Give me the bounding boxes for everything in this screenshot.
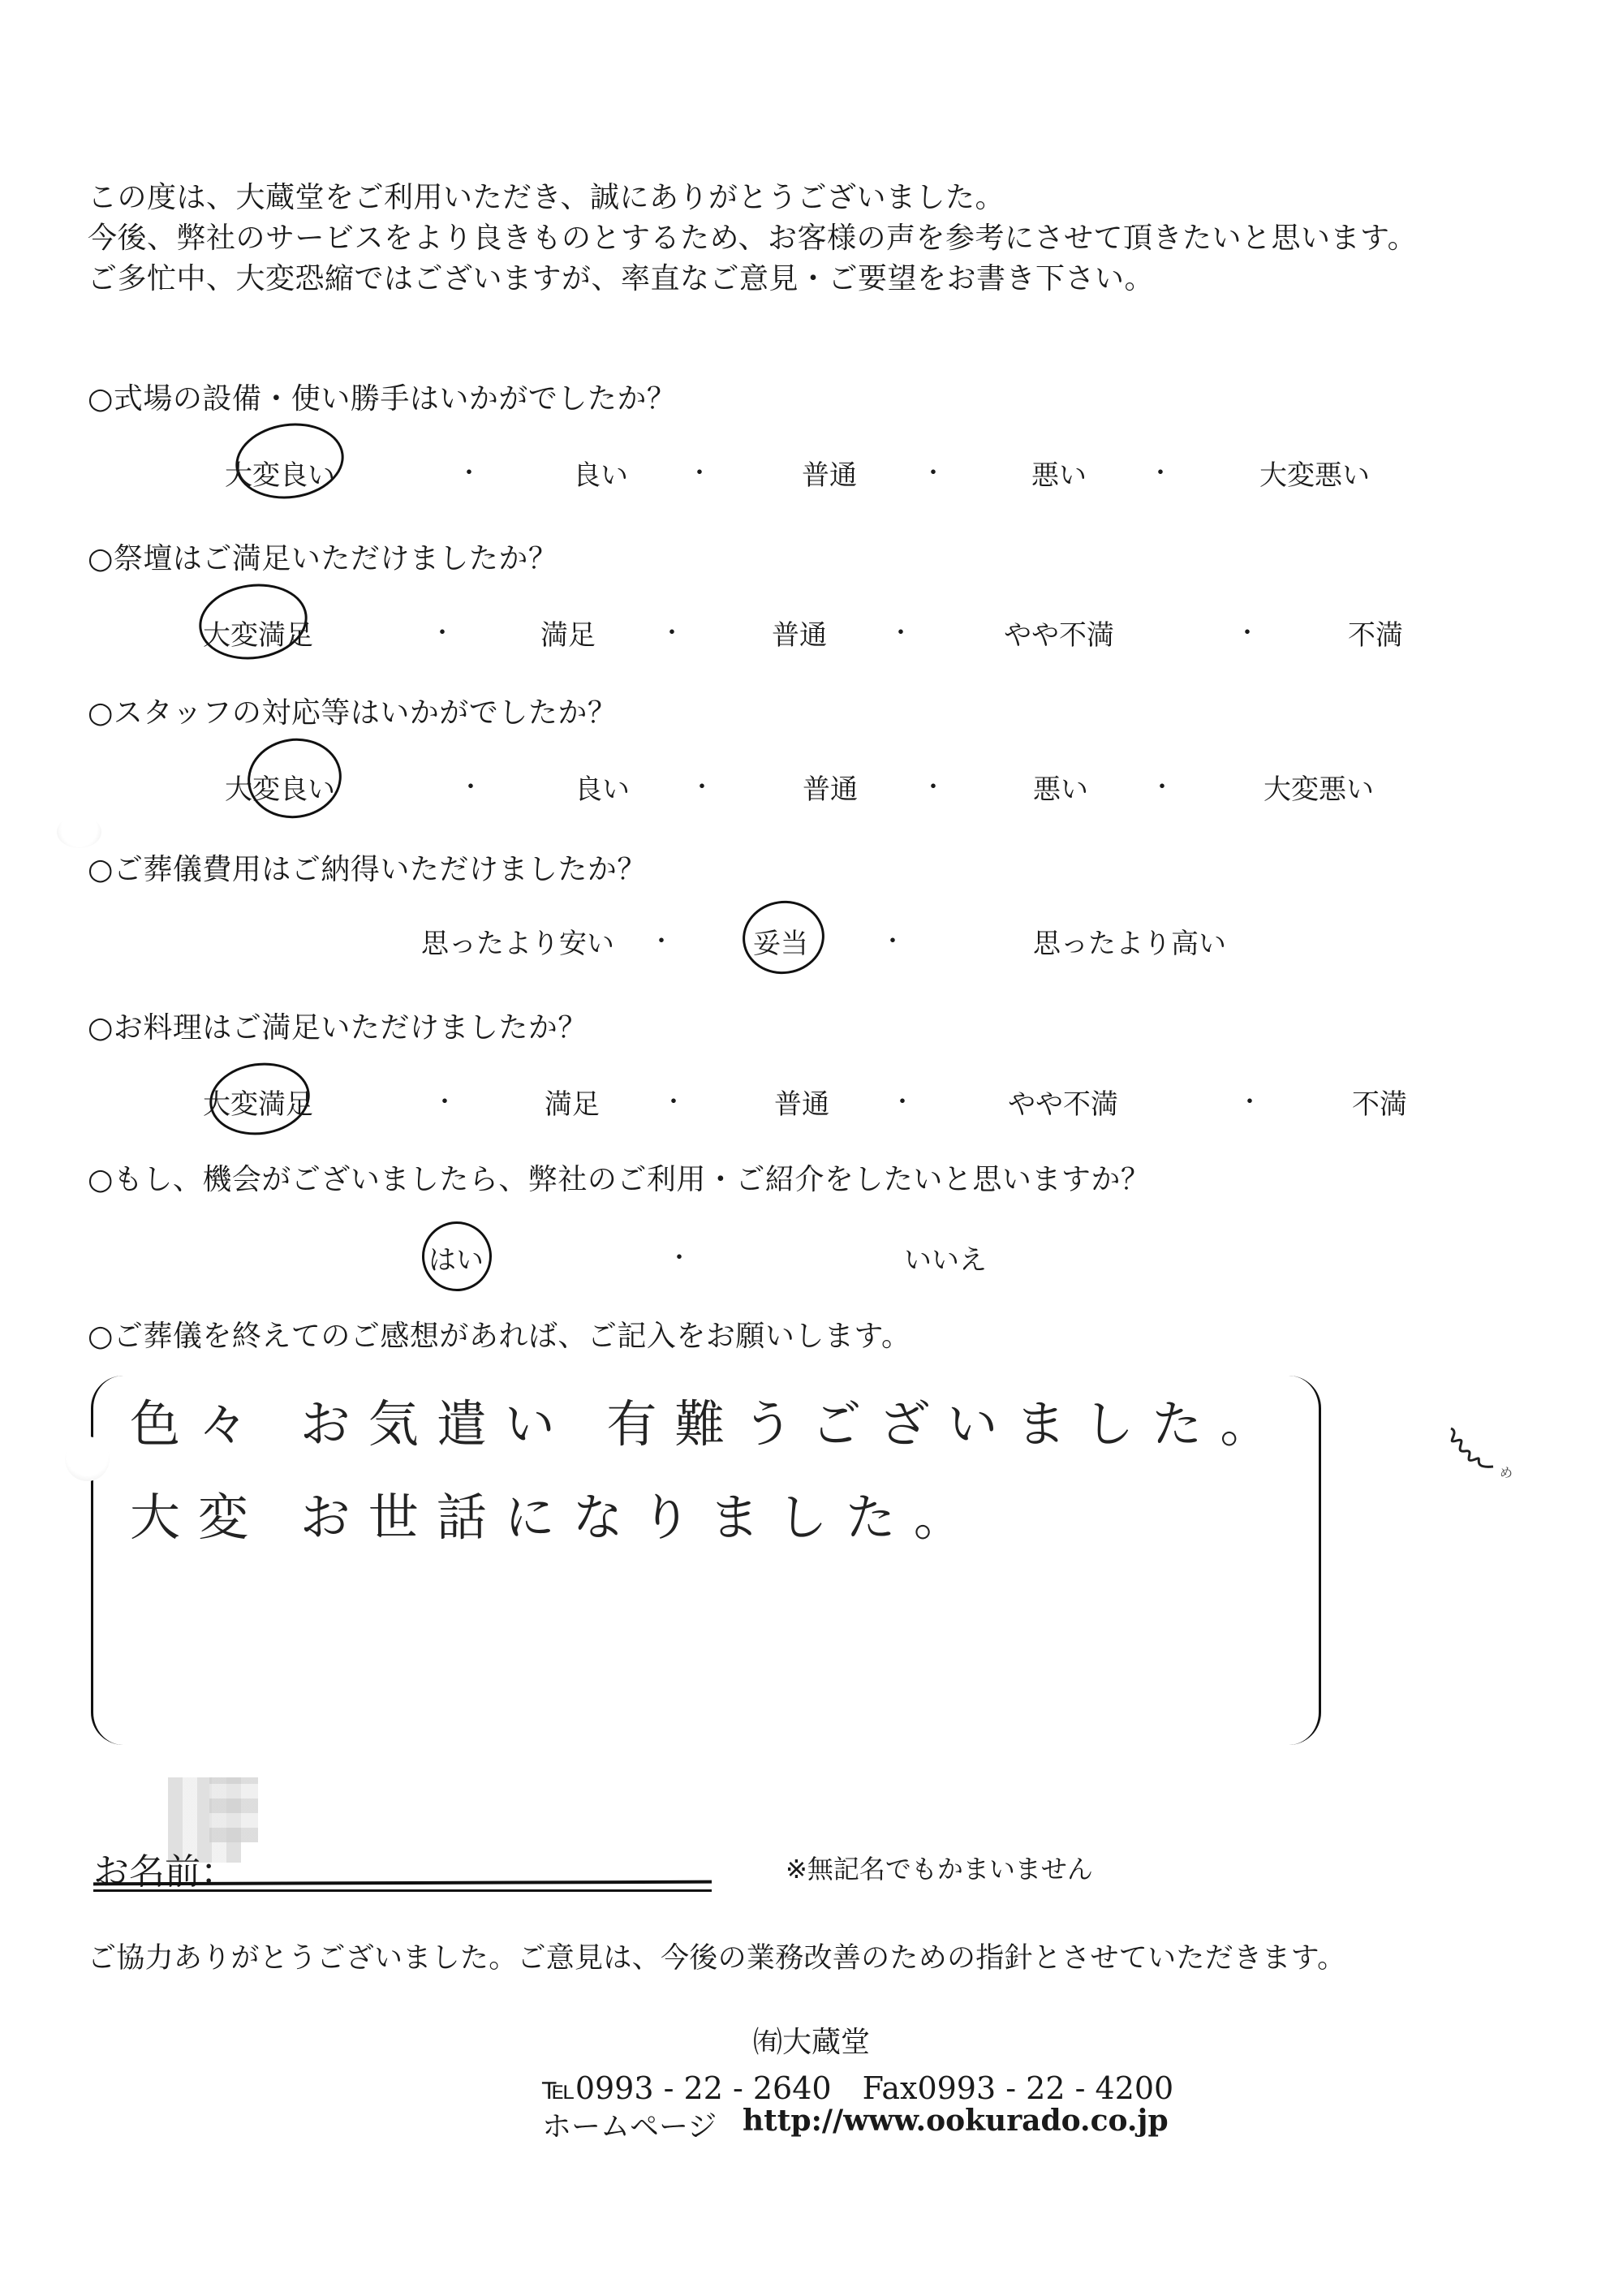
separator: ・ (667, 1238, 691, 1273)
option-no[interactable]: いいえ (904, 1238, 987, 1277)
separator: ・ (430, 613, 454, 648)
option-satisfied[interactable]: 満足 (540, 613, 596, 653)
option-normal[interactable]: 普通 (774, 1082, 829, 1122)
question-label: ○ご葬儀を終えてのご感想があれば、ご記入をお願いします。 (88, 1313, 911, 1355)
option-bad[interactable]: 悪い (1033, 767, 1088, 807)
separator: ・ (690, 767, 714, 803)
homepage-label: ホームページ (542, 2104, 717, 2145)
option-very-bad[interactable]: 大変悪い (1259, 453, 1370, 493)
svg-text:め: め (1500, 1465, 1513, 1480)
separator: ・ (660, 613, 684, 648)
separator: ・ (687, 453, 712, 489)
scan-artifact (65, 1437, 110, 1481)
question-label: ○ご葬儀費用はご納得いただけましたか？ (88, 846, 647, 888)
option-very-bad[interactable]: 大変悪い (1264, 767, 1374, 807)
question-label: ○お料理はご満足いただけましたか？ (88, 1005, 588, 1046)
option-more-expensive-than-expected[interactable]: 思ったより高い (1033, 921, 1226, 961)
separator: ・ (880, 921, 905, 957)
redacted-name-part (209, 1777, 258, 1842)
name-input-underline-2 (93, 1889, 712, 1892)
option-good[interactable]: 良い (575, 767, 630, 807)
separator: ・ (1148, 453, 1173, 489)
separator: ・ (458, 767, 483, 803)
company-contact: ℡0993 - 22 - 2640 Fax0993 - 22 - 4200 (542, 2063, 1173, 2108)
option-dissatisfied[interactable]: 不満 (1348, 613, 1403, 653)
question-label: ○スタッフの対応等はいかがでしたか？ (88, 690, 617, 731)
question-label: ○式場の設備・使い勝手はいかがでしたか？ (88, 376, 676, 417)
separator: ・ (889, 613, 913, 648)
separator: ・ (921, 767, 945, 803)
separator: ・ (890, 1082, 915, 1118)
option-bad[interactable]: 悪い (1031, 453, 1087, 493)
option-dissatisfied[interactable]: 不満 (1352, 1082, 1407, 1122)
question-label: ○もし、機会がございましたら、弊社のご利用・ご紹介をしたいと思いますか？ (88, 1157, 1150, 1198)
option-yes[interactable]: はい (428, 1238, 484, 1277)
anonymous-note: ※無記名でもかまいません (786, 1849, 1093, 1886)
company-name: ㈲大蔵堂 (753, 2019, 870, 2061)
handwritten-comment-line-2: 大変 お世話になりました。 (130, 1477, 982, 1549)
separator: ・ (1235, 613, 1259, 648)
separator: ・ (661, 1082, 686, 1118)
option-good[interactable]: 良い (573, 453, 628, 493)
option-reasonable[interactable]: 妥当 (753, 921, 808, 961)
option-very-good[interactable]: 大変良い (225, 453, 335, 493)
option-normal[interactable]: 普通 (772, 613, 827, 653)
intro-line-1: この度は、大蔵堂をご利用いただき、誠にありがとうございました。 (88, 174, 1005, 216)
option-satisfied[interactable]: 満足 (545, 1082, 600, 1122)
handwritten-scribble: め (1444, 1420, 1534, 1501)
intro-line-2: 今後、弊社のサービスをより良きものとするため、お客様の声を参考にさせて頂きたいと… (88, 215, 1417, 256)
intro-line-3: ご多忙中、大変恐縮ではございますが、率直なご意見・ご要望をお書き下さい。 (88, 256, 1154, 297)
separator: ・ (1238, 1082, 1262, 1118)
option-somewhat-dissatisfied[interactable]: やや不満 (1004, 613, 1114, 653)
question-label: ○祭壇はご満足いただけましたか？ (88, 536, 558, 577)
option-somewhat-dissatisfied[interactable]: やや不満 (1008, 1082, 1118, 1122)
handwritten-comment-line-1: 色々 お気遣い 有難うございました。 (130, 1384, 1288, 1456)
separator: ・ (457, 453, 481, 489)
homepage-link[interactable]: http://www.ookurado.co.jp (743, 2104, 1169, 2138)
option-cheaper-than-expected[interactable]: 思ったより安い (421, 921, 614, 961)
separator: ・ (921, 453, 945, 489)
name-label: お名前： (93, 1842, 236, 1894)
option-very-satisfied[interactable]: 大変満足 (203, 1082, 313, 1122)
option-very-good[interactable]: 大変良い (225, 767, 335, 807)
scan-artifact (57, 816, 101, 848)
option-very-satisfied[interactable]: 大変満足 (203, 613, 313, 653)
separator: ・ (433, 1082, 457, 1118)
separator: ・ (1150, 767, 1174, 803)
closing-message: ご協力ありがとうございました。ご意見は、今後の業務改善のための指針とさせていただ… (88, 1936, 1345, 1976)
option-normal[interactable]: 普通 (802, 453, 857, 493)
separator: ・ (649, 921, 674, 957)
option-normal[interactable]: 普通 (803, 767, 858, 807)
